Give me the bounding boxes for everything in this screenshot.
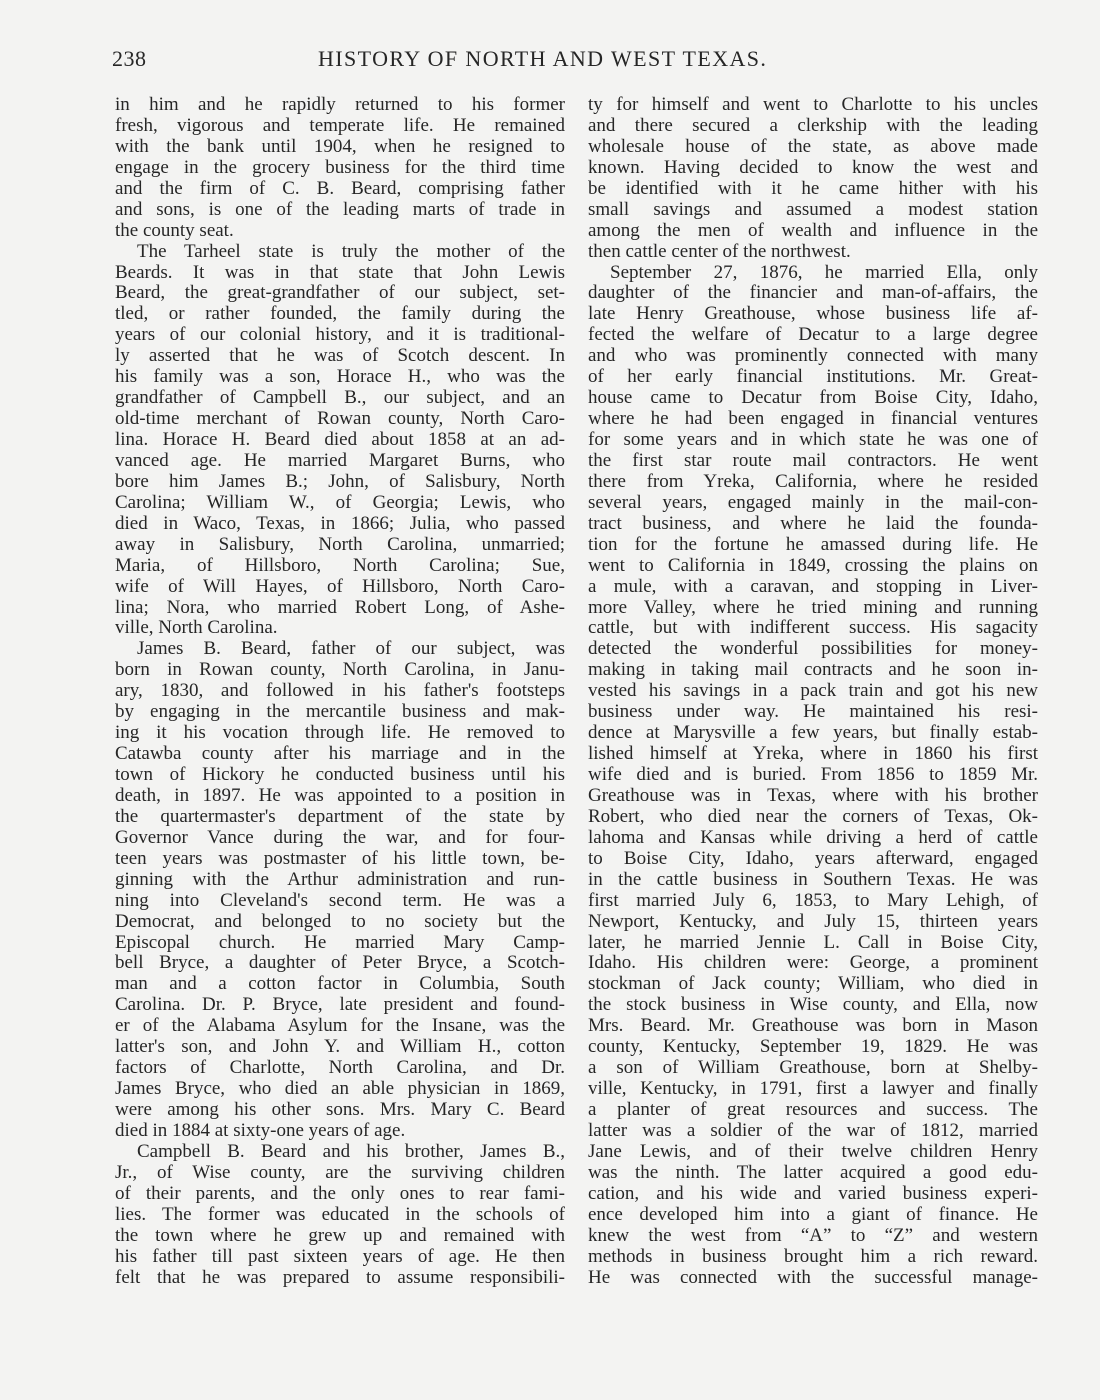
text-line: born in Rowan county, North Carolina, in… xyxy=(115,660,565,681)
text-line: then cattle center of the northwest. xyxy=(588,242,1038,263)
text-line: with the bank until 1904, when he resign… xyxy=(115,137,565,158)
text-line: in the cattle business in Southern Texas… xyxy=(588,870,1038,891)
text-line: ly asserted that he was of Scotch descen… xyxy=(115,346,565,367)
text-line: by engaging in the mercantile business a… xyxy=(115,702,565,723)
text-line: several years, engaged mainly in the mai… xyxy=(588,493,1038,514)
text-line: bell Bryce, a daughter of Peter Bryce, a… xyxy=(115,953,565,974)
text-line: Jr., of Wise county, are the surviving c… xyxy=(115,1163,565,1184)
text-line: for some years and in which state he was… xyxy=(588,430,1038,451)
text-line: the first star route mail contractors. H… xyxy=(588,451,1038,472)
text-line: first married July 6, 1853, to Mary Lehi… xyxy=(588,891,1038,912)
text-line: his family was a son, Horace H., who was… xyxy=(115,367,565,388)
text-line: lies. The former was educated in the sch… xyxy=(115,1205,565,1226)
text-line: in him and he rapidly returned to his fo… xyxy=(115,95,565,116)
text-line: and there secured a clerkship with the l… xyxy=(588,116,1038,137)
text-line: latter was a soldier of the war of 1812,… xyxy=(588,1121,1038,1142)
text-line: late Henry Greathouse, whose business li… xyxy=(588,304,1038,325)
text-line: of her early financial institutions. Mr.… xyxy=(588,367,1038,388)
text-line: a planter of great resources and success… xyxy=(588,1100,1038,1121)
book-page: 238 HISTORY OF NORTH AND WEST TEXAS. in … xyxy=(0,0,1100,1400)
text-line: a mule, with a caravan, and stopping in … xyxy=(588,577,1038,598)
text-line: grandfather of Campbell B., our subject,… xyxy=(115,388,565,409)
text-line: went to California in 1849, crossing the… xyxy=(588,556,1038,577)
text-line: Newport, Kentucky, and July 15, thirteen… xyxy=(588,912,1038,933)
text-line: Catawba county after his marriage and in… xyxy=(115,744,565,765)
text-line: lina. Horace H. Beard died about 1858 at… xyxy=(115,430,565,451)
text-line: He was connected with the successful man… xyxy=(588,1268,1038,1289)
text-line: ville, Kentucky, in 1791, first a lawyer… xyxy=(588,1079,1038,1100)
text-line: to Boise City, Idaho, years afterward, e… xyxy=(588,849,1038,870)
text-line: and sons, is one of the leading marts of… xyxy=(115,200,565,221)
text-line: were among his other sons. Mrs. Mary C. … xyxy=(115,1100,565,1121)
text-line: ginning with the Arthur administration a… xyxy=(115,870,565,891)
text-line: wife died and is buried. From 1856 to 18… xyxy=(588,765,1038,786)
text-line: knew the west from “A” to “Z” and wester… xyxy=(588,1226,1038,1247)
text-line: stockman of Jack county; William, who di… xyxy=(588,974,1038,995)
right-column: ty for himself and went to Charlotte to … xyxy=(588,95,1038,1288)
text-line: and the firm of C. B. Beard, comprising … xyxy=(115,179,565,200)
text-line: be identified with it he came hither wit… xyxy=(588,179,1038,200)
text-line: daughter of the financier and man-of-aff… xyxy=(588,283,1038,304)
text-line: town of Hickory he conducted business un… xyxy=(115,765,565,786)
text-line: where he had been engaged in financial v… xyxy=(588,409,1038,430)
text-line: Jane Lewis, and of their twelve children… xyxy=(588,1142,1038,1163)
text-line: fresh, vigorous and temperate life. He r… xyxy=(115,116,565,137)
text-line: Governor Vance during the war, and for f… xyxy=(115,828,565,849)
text-line: cation, and his wide and varied business… xyxy=(588,1184,1038,1205)
text-line: bore him James B.; John, of Salisbury, N… xyxy=(115,472,565,493)
text-line: of their parents, and the only ones to r… xyxy=(115,1184,565,1205)
text-line: ary, 1830, and followed in his father's … xyxy=(115,681,565,702)
text-line: the town where he grew up and remained w… xyxy=(115,1226,565,1247)
text-line: ing it his vocation through life. He rem… xyxy=(115,723,565,744)
running-title: HISTORY OF NORTH AND WEST TEXAS. xyxy=(318,46,767,72)
text-line: vanced age. He married Margaret Burns, w… xyxy=(115,451,565,472)
text-line: died in 1884 at sixty-one years of age. xyxy=(115,1121,565,1142)
text-line: the county seat. xyxy=(115,221,565,242)
text-line: factors of Charlotte, North Carolina, an… xyxy=(115,1058,565,1079)
text-line: more Valley, where he tried mining and r… xyxy=(588,598,1038,619)
text-line: tion for the fortune he amassed during l… xyxy=(588,535,1038,556)
text-line: fected the welfare of Decatur to a large… xyxy=(588,325,1038,346)
text-line: ty for himself and went to Charlotte to … xyxy=(588,95,1038,116)
text-line: James Bryce, who died an able physician … xyxy=(115,1079,565,1100)
text-line: his father till past sixteen years of ag… xyxy=(115,1247,565,1268)
running-head: 238 HISTORY OF NORTH AND WEST TEXAS. xyxy=(112,46,832,76)
text-line: Idaho. His children were: George, a prom… xyxy=(588,953,1038,974)
left-column: in him and he rapidly returned to his fo… xyxy=(115,95,565,1288)
text-line: Robert, who died near the corners of Tex… xyxy=(588,807,1038,828)
text-line: felt that he was prepared to assume resp… xyxy=(115,1268,565,1289)
text-line: lina; Nora, who married Robert Long, of … xyxy=(115,598,565,619)
text-line: Beards. It was in that state that John L… xyxy=(115,263,565,284)
text-line: Greathouse was in Texas, where with his … xyxy=(588,786,1038,807)
text-line: wholesale house of the state, as above m… xyxy=(588,137,1038,158)
text-line: Maria, of Hillsboro, North Carolina; Sue… xyxy=(115,556,565,577)
text-line: vested his savings in a pack train and g… xyxy=(588,681,1038,702)
text-line: years of our colonial history, and it is… xyxy=(115,325,565,346)
text-line: known. Having decided to know the west a… xyxy=(588,158,1038,179)
text-line: er of the Alabama Asylum for the Insane,… xyxy=(115,1016,565,1037)
text-line: and who was prominently connected with m… xyxy=(588,346,1038,367)
text-line: small savings and assumed a modest stati… xyxy=(588,200,1038,221)
text-line: Carolina. Dr. P. Bryce, late president a… xyxy=(115,995,565,1016)
text-line: away in Salisbury, North Carolina, unmar… xyxy=(115,535,565,556)
text-line: later, he married Jennie L. Call in Bois… xyxy=(588,933,1038,954)
text-line: tled, or rather founded, the family duri… xyxy=(115,304,565,325)
text-line: latter's son, and John Y. and William H.… xyxy=(115,1037,565,1058)
text-line: ence developed him into a giant of finan… xyxy=(588,1205,1038,1226)
page-number: 238 xyxy=(112,46,147,72)
text-line: Democrat, and belonged to no society but… xyxy=(115,912,565,933)
text-line: Mrs. Beard. Mr. Greathouse was born in M… xyxy=(588,1016,1038,1037)
text-line: detected the wonderful possibilities for… xyxy=(588,639,1038,660)
text-line: Beard, the great-grandfather of our subj… xyxy=(115,283,565,304)
text-line: Episcopal church. He married Mary Camp- xyxy=(115,933,565,954)
text-line: died in Waco, Texas, in 1866; Julia, who… xyxy=(115,514,565,535)
text-line: ning into Cleveland's second term. He wa… xyxy=(115,891,565,912)
text-line: a son of William Greathouse, born at She… xyxy=(588,1058,1038,1079)
text-line: Campbell B. Beard and his brother, James… xyxy=(115,1142,565,1163)
text-line: man and a cotton factor in Columbia, Sou… xyxy=(115,974,565,995)
text-line: business under way. He maintained his re… xyxy=(588,702,1038,723)
text-line: the quartermaster's department of the st… xyxy=(115,807,565,828)
text-line: dence at Marysville a few years, but fin… xyxy=(588,723,1038,744)
text-line: lished himself at Yreka, where in 1860 h… xyxy=(588,744,1038,765)
text-line: lahoma and Kansas while driving a herd o… xyxy=(588,828,1038,849)
text-line: Carolina; William W., of Georgia; Lewis,… xyxy=(115,493,565,514)
text-line: there from Yreka, California, where he r… xyxy=(588,472,1038,493)
text-line: the stock business in Wise county, and E… xyxy=(588,995,1038,1016)
text-line: house came to Decatur from Boise City, I… xyxy=(588,388,1038,409)
text-line: tract business, and where he laid the fo… xyxy=(588,514,1038,535)
text-line: wife of Will Hayes, of Hillsboro, North … xyxy=(115,577,565,598)
text-line: The Tarheel state is truly the mother of… xyxy=(115,242,565,263)
text-line: cattle, but with indifferent success. Hi… xyxy=(588,618,1038,639)
text-line: September 27, 1876, he married Ella, onl… xyxy=(588,263,1038,284)
text-line: county, Kentucky, September 19, 1829. He… xyxy=(588,1037,1038,1058)
text-line: teen years was postmaster of his little … xyxy=(115,849,565,870)
text-line: death, in 1897. He was appointed to a po… xyxy=(115,786,565,807)
text-line: ville, North Carolina. xyxy=(115,618,565,639)
text-line: was the ninth. The latter acquired a goo… xyxy=(588,1163,1038,1184)
text-line: among the men of wealth and influence in… xyxy=(588,221,1038,242)
text-line: old-time merchant of Rowan county, North… xyxy=(115,409,565,430)
text-line: engage in the grocery business for the t… xyxy=(115,158,565,179)
text-line: methods in business brought him a rich r… xyxy=(588,1247,1038,1268)
text-line: making in taking mail contracts and he s… xyxy=(588,660,1038,681)
text-line: James B. Beard, father of our subject, w… xyxy=(115,639,565,660)
